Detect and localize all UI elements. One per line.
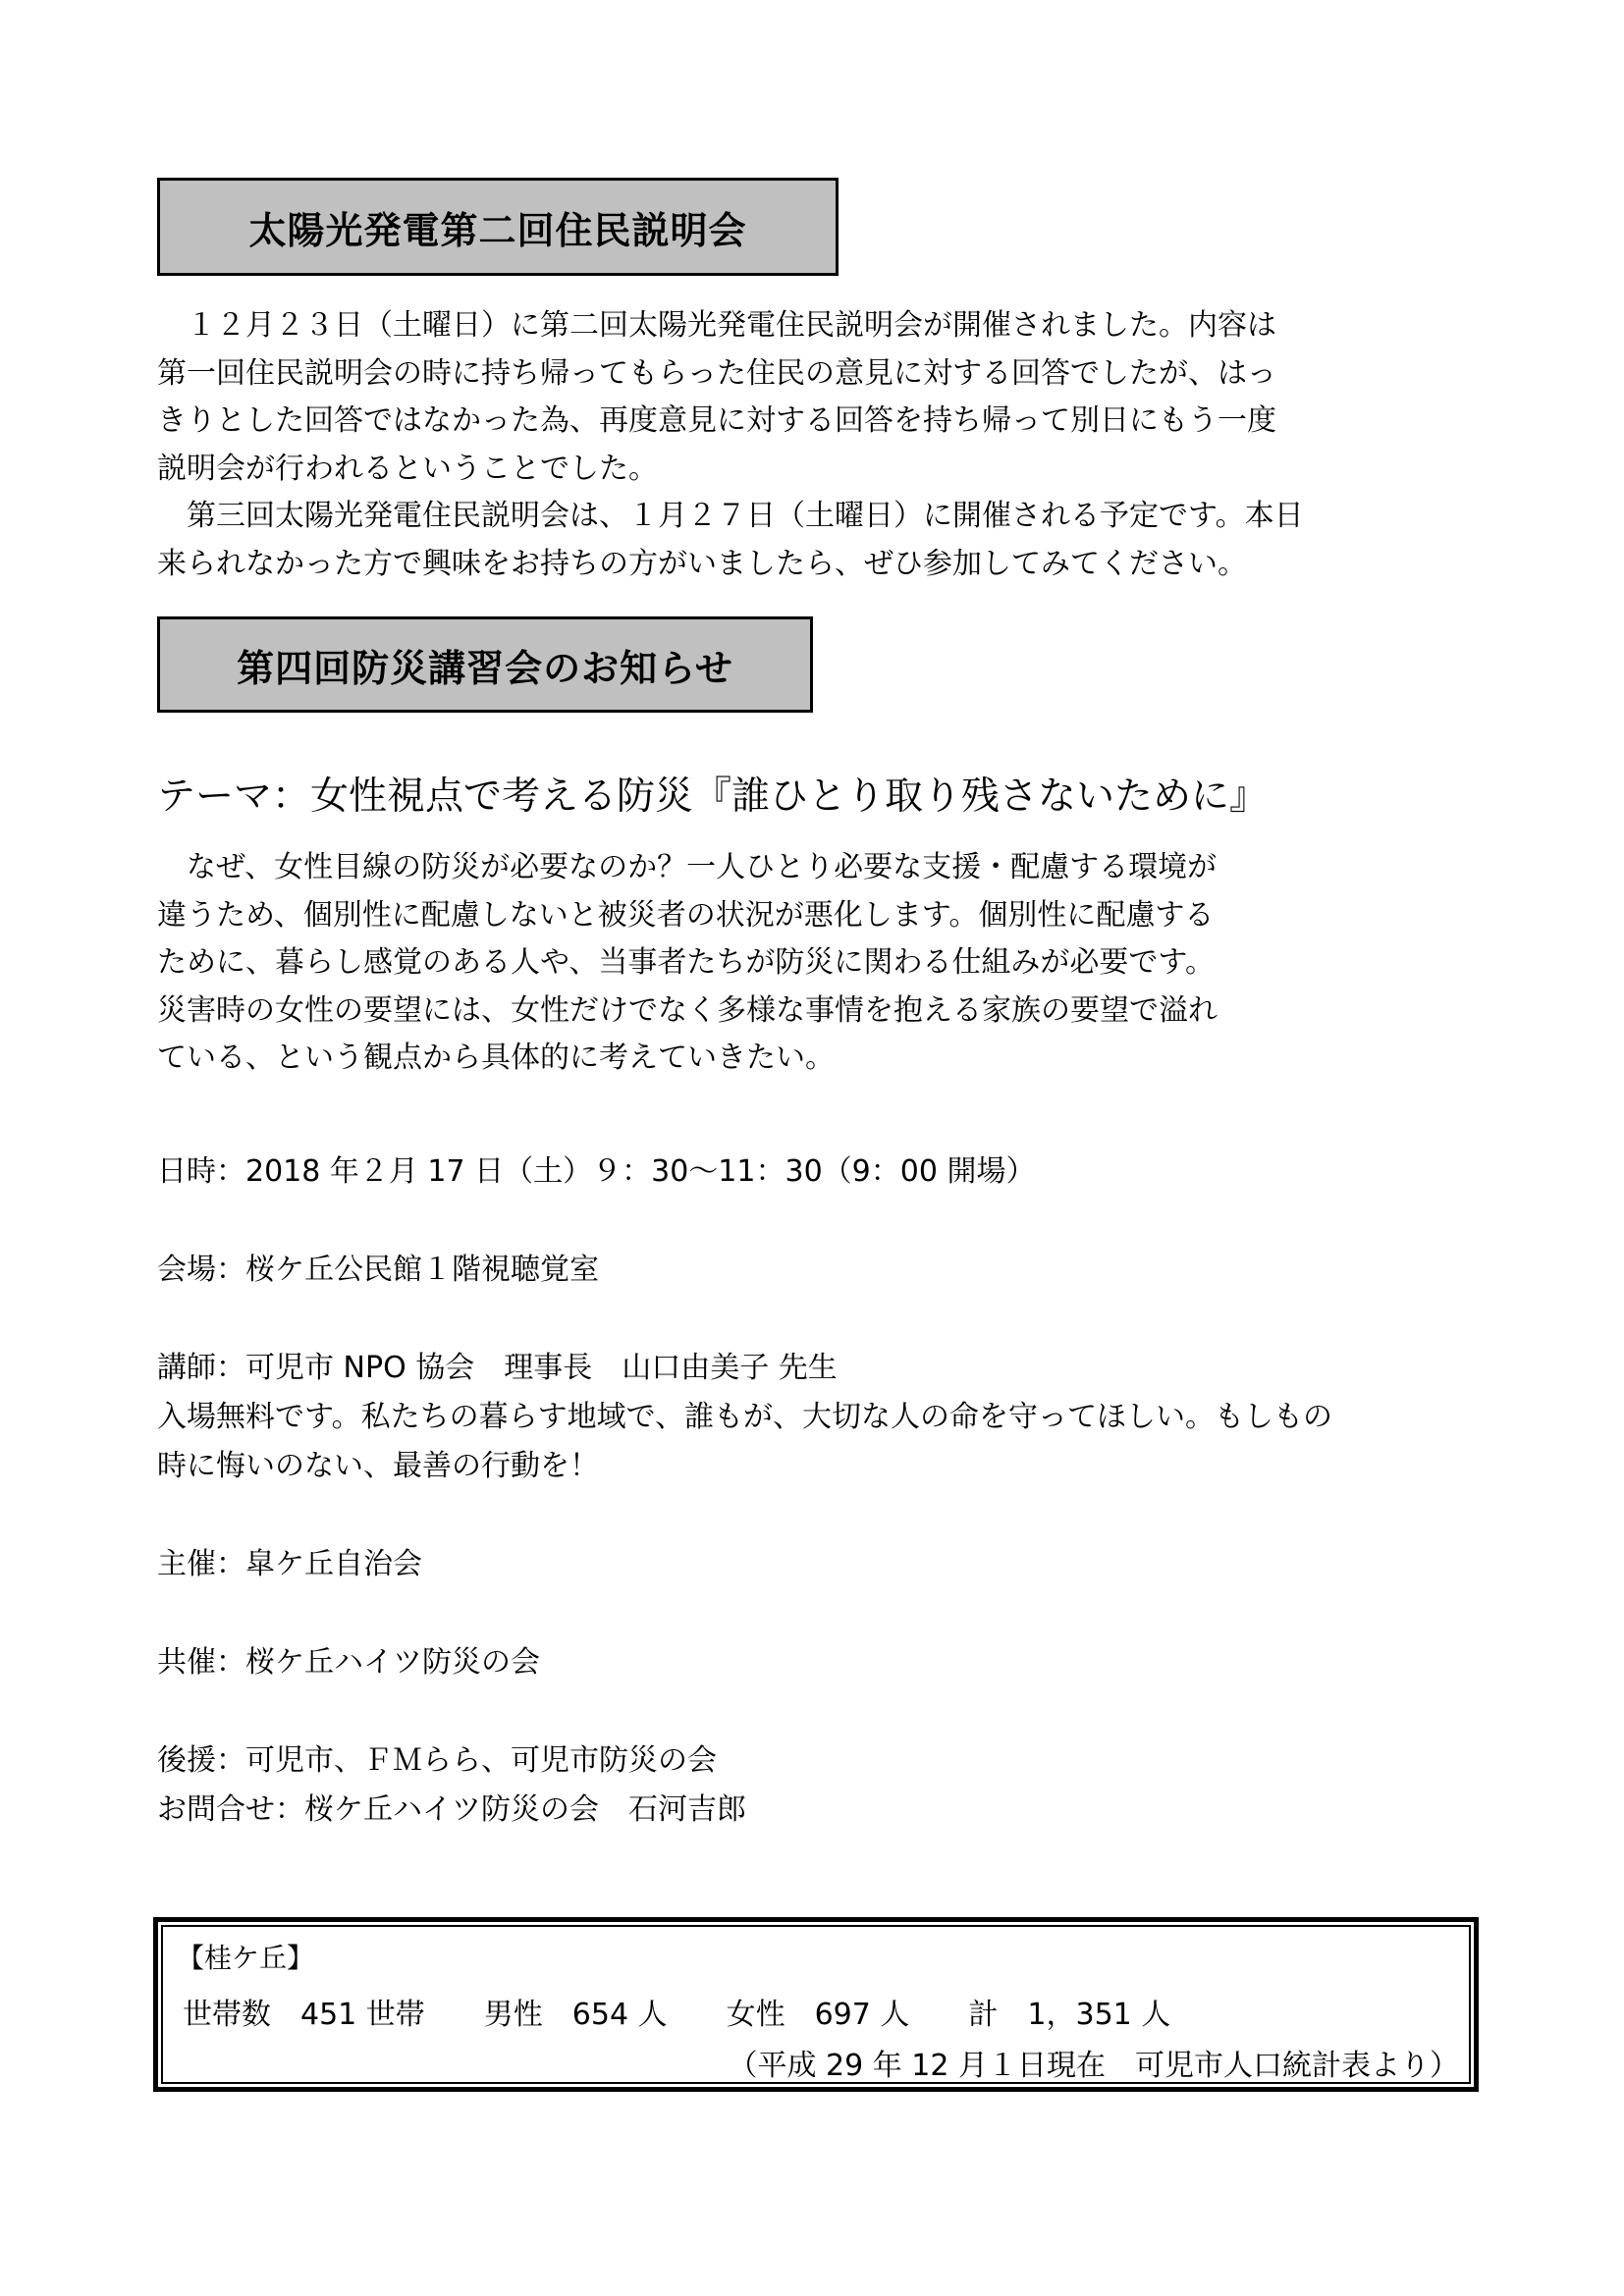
- paragraph-line: なぜ、女性目線の防災が必要なのか？一人ひとり必要な支援・配慮する環境が: [157, 844, 1483, 892]
- section-heading-disaster-seminar: 第四回防災講習会のお知らせ: [157, 616, 813, 713]
- seminar-organizer: 主催：皐ケ丘自治会: [157, 1539, 422, 1582]
- paragraph-line: 来られなかった方で興味をお持ちの方がいましたら、ぜひ参加してみてください。: [157, 541, 1483, 589]
- paragraph-line: １２月２３日（土曜日）に第二回太陽光発電住民説明会が開催されました。内容は: [157, 302, 1483, 350]
- population-stats: 世帯数 451 世帯 男性 654 人 女性 697 人 計 1，351 人: [183, 1990, 1170, 2033]
- seminar-message-line2: 時に悔いのない、最善の行動を！: [157, 1441, 599, 1484]
- seminar-message-line1: 入場無料です。私たちの暮らす地域で、誰もが、大切な人の命を守ってほしい。もしもの: [157, 1392, 1332, 1435]
- seminar-datetime: 日時：2018 年２月 17 日（土）９：30～11：30（9：00 開場）: [157, 1147, 1035, 1190]
- paragraph-line: 第三回太陽光発電住民説明会は、１月２７日（土曜日）に開催される予定です。本日: [157, 493, 1483, 541]
- paragraph-line: 第一回住民説明会の時に持ち帰ってもらった住民の意見に対する回答でしたが、はっ: [157, 350, 1483, 399]
- seminar-venue: 会場：桜ケ丘公民館１階視聴覚室: [157, 1245, 599, 1288]
- population-box: 【桂ケ丘】 世帯数 451 世帯 男性 654 人 女性 697 人 計 1，3…: [153, 1917, 1479, 2092]
- seminar-paragraph: なぜ、女性目線の防災が必要なのか？一人ひとり必要な支援・配慮する環境が違うため、…: [157, 844, 1483, 1083]
- seminar-contact: お問合せ：桜ケ丘ハイツ防災の会 石河吉郎: [157, 1785, 746, 1828]
- paragraph-line: ている、という観点から具体的に考えていきたい。: [157, 1035, 1483, 1083]
- seminar-lecturer: 講師：可児市 NPO 協会 理事長 山口由美子 先生: [157, 1343, 838, 1386]
- seminar-supporters: 後援：可児市、ＦＭらら、可児市防災の会: [157, 1735, 717, 1779]
- seminar-theme: テーマ：女性視点で考える防災『誰ひとり取り残さないために』: [157, 766, 1268, 821]
- solar-meeting-paragraph: １２月２３日（土曜日）に第二回太陽光発電住民説明会が開催されました。内容は第一回…: [157, 302, 1483, 588]
- paragraph-line: 説明会が行われるということでした。: [157, 446, 1483, 494]
- seminar-co-organizer: 共催：桜ケ丘ハイツ防災の会: [157, 1637, 540, 1681]
- paragraph-line: 違うため、個別性に配慮しないと被災者の状況が悪化します。個別性に配慮する: [157, 892, 1483, 940]
- paragraph-line: 災害時の女性の要望には、女性だけでなく多様な事情を抱える家族の要望で溢れ: [157, 988, 1483, 1036]
- paragraph-line: ために、暮らし感覚のある人や、当事者たちが防災に関わる仕組みが必要です。: [157, 939, 1483, 988]
- section-heading-solar-meeting: 太陽光発電第二回住民説明会: [157, 178, 839, 276]
- heading-text: 太陽光発電第二回住民説明会: [248, 200, 746, 254]
- population-box-inner: 【桂ケ丘】 世帯数 451 世帯 男性 654 人 女性 697 人 計 1，3…: [161, 1925, 1471, 2084]
- heading-text: 第四回防災講習会のお知らせ: [237, 638, 733, 692]
- paragraph-line: きりとした回答ではなかった為、再度意見に対する回答を持ち帰って別日にもう一度: [157, 398, 1483, 446]
- population-source: （平成 29 年 12 月１日現在 可児市人口統計表より）: [729, 2041, 1460, 2084]
- population-title: 【桂ケ丘】: [177, 1937, 314, 1976]
